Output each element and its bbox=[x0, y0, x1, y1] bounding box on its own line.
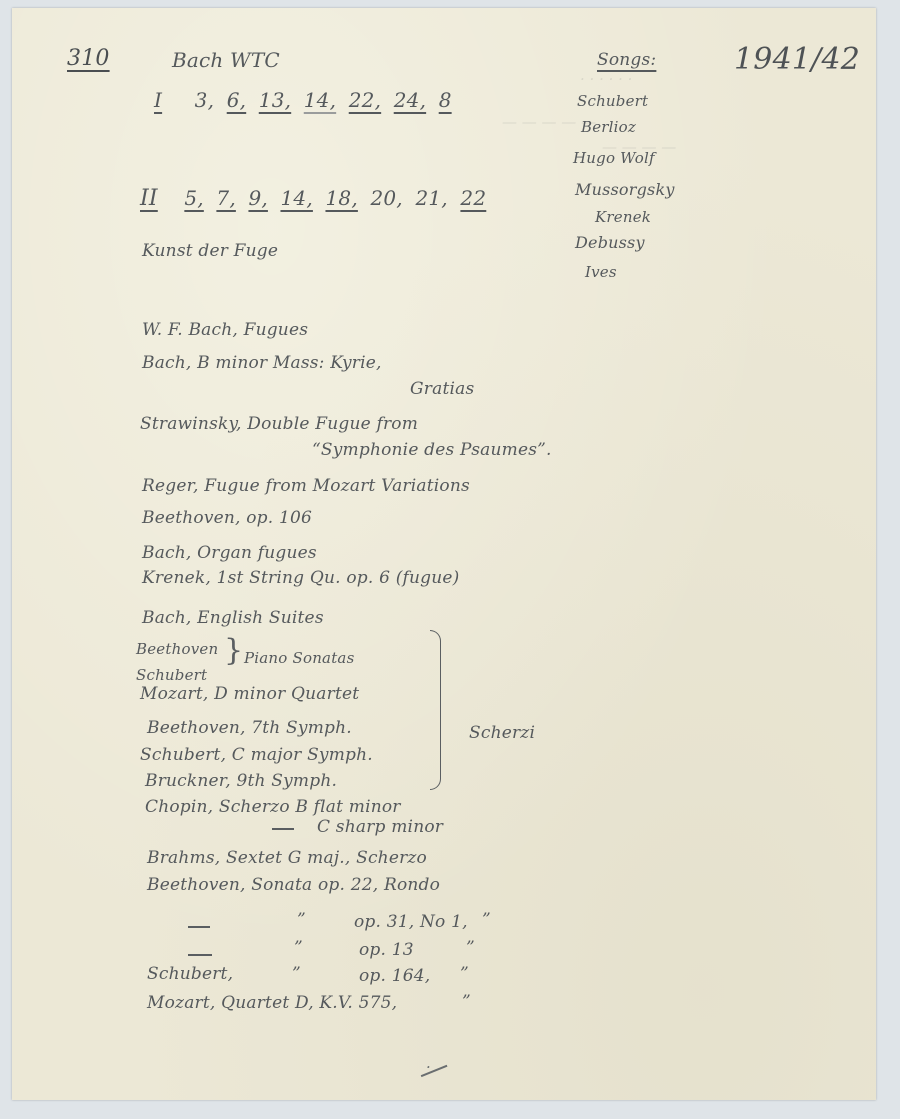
entry-reger: Reger, Fugue from Mozart Variations bbox=[142, 476, 470, 496]
scherzi-bruckner-9th: Bruckner, 9th Symph. bbox=[145, 771, 337, 791]
entry-stravinsky-cont: “Symphonie des Psaumes”. bbox=[312, 440, 552, 460]
wtc-book1-item: 6, bbox=[227, 88, 246, 112]
entry-kunst-der-fuge: Kunst der Fuge bbox=[142, 241, 278, 261]
wtc-book2-item: 14, bbox=[280, 186, 312, 210]
entry-beethoven-op22: Beethoven, Sonata op. 22, Rondo bbox=[147, 875, 440, 895]
wtc-book2-row: II 5, 7, 9, 14, 18, 20, 21, 22 bbox=[140, 186, 486, 211]
wtc-book1-row: I 3, 6, 13, 14, 22, 24, 8 bbox=[154, 88, 452, 112]
song-composer: Mussorgsky bbox=[575, 180, 675, 199]
scherzi-schubert: Schubert bbox=[136, 666, 207, 684]
entry-schubert: Schubert, bbox=[147, 964, 233, 984]
song-composer: Krenek bbox=[595, 208, 651, 226]
wtc-book1-item: 3, bbox=[195, 88, 214, 112]
scherzi-mozart-quartet: Mozart, D minor Quartet bbox=[140, 684, 359, 704]
footer-mark-dot: · bbox=[426, 1058, 431, 1076]
entry-bach-organ-fugues: Bach, Organ fugues bbox=[142, 543, 317, 563]
wtc-book1-item: 14, bbox=[304, 88, 336, 112]
wtc-book2-label: II bbox=[140, 186, 158, 211]
entry-bach-english-suites: Bach, English Suites bbox=[142, 608, 324, 628]
wtc-book2-item: 21, bbox=[415, 186, 447, 210]
wtc-book2-item: 18, bbox=[325, 186, 357, 210]
entry-schubert-op164: op. 164, bbox=[359, 966, 430, 986]
footer-slash-mark bbox=[421, 1065, 448, 1077]
entry-beethoven-op31: op. 31, No 1, bbox=[354, 912, 468, 932]
song-composer: Debussy bbox=[575, 233, 645, 252]
entry-bach-b-minor-mass-cont: Gratias bbox=[410, 379, 474, 399]
entry-chopin-c-sharp: C sharp minor bbox=[317, 817, 443, 837]
entry-mozart-kv575: Mozart, Quartet D, K.V. 575, bbox=[147, 993, 397, 1013]
ditto-mark: ” bbox=[482, 910, 491, 930]
song-composer: Schubert bbox=[577, 92, 648, 110]
ditto-mark: ” bbox=[297, 910, 306, 930]
ditto-mark: ” bbox=[460, 964, 469, 984]
wtc-book2-item: 20, bbox=[370, 186, 402, 210]
wtc-book1-item: 22, bbox=[349, 88, 381, 112]
entry-bach-b-minor-mass: Bach, B minor Mass: Kyrie, bbox=[142, 353, 382, 373]
wtc-book1-item: 13, bbox=[259, 88, 291, 112]
bleed-through-text: · · · · · · bbox=[580, 70, 632, 88]
ditto-dash bbox=[188, 954, 212, 956]
scherzi-label: Scherzi bbox=[469, 723, 535, 743]
song-composer: Hugo Wolf bbox=[573, 149, 655, 167]
entry-chopin-b-flat: Chopin, Scherzo B flat minor bbox=[145, 797, 401, 817]
piano-sonatas-label: Piano Sonatas bbox=[244, 649, 354, 667]
ditto-mark: ” bbox=[466, 938, 475, 958]
large-brace-icon bbox=[430, 630, 441, 790]
scherzi-schubert-c-major: Schubert, C major Symph. bbox=[140, 745, 373, 765]
year-label: 1941/42 bbox=[734, 42, 860, 77]
entry-beethoven-op13: op. 13 bbox=[359, 940, 414, 960]
scherzi-beethoven-7th: Beethoven, 7th Symph. bbox=[147, 718, 352, 738]
manuscript-page: · · · · · · — — — — — — — — — 310 Bach W… bbox=[12, 8, 876, 1100]
song-composer: Ives bbox=[585, 263, 617, 281]
entry-wf-bach: W. F. Bach, Fugues bbox=[142, 320, 308, 340]
folio-number: 310 bbox=[67, 46, 110, 71]
ditto-mark: ” bbox=[292, 964, 301, 984]
scherzi-beethoven: Beethoven bbox=[136, 640, 218, 658]
songs-heading: Songs: bbox=[597, 50, 656, 70]
wtc-book1-label: I bbox=[154, 88, 162, 112]
wtc-book2-item: 5, bbox=[184, 186, 203, 210]
ditto-mark: ” bbox=[294, 938, 303, 958]
wtc-book2-item: 7, bbox=[216, 186, 235, 210]
wtc-book2-item: 22 bbox=[460, 186, 486, 210]
entry-krenek: Krenek, 1st String Qu. op. 6 (fugue) bbox=[142, 568, 460, 588]
wtc-book1-item: 8 bbox=[439, 88, 452, 112]
entry-stravinsky: Strawinsky, Double Fugue from bbox=[140, 414, 418, 434]
entry-beethoven-op106: Beethoven, op. 106 bbox=[142, 508, 312, 528]
ditto-mark: ” bbox=[462, 992, 471, 1012]
wtc-book2-item: 9, bbox=[248, 186, 267, 210]
ditto-dash bbox=[188, 926, 210, 928]
brace-icon: } bbox=[224, 636, 243, 666]
entry-brahms-sextet: Brahms, Sextet G maj., Scherzo bbox=[147, 848, 427, 868]
page-heading: Bach WTC bbox=[172, 48, 280, 72]
wtc-book1-item: 24, bbox=[394, 88, 426, 112]
ditto-dash bbox=[272, 828, 294, 830]
song-composer: Berlioz bbox=[581, 118, 636, 136]
